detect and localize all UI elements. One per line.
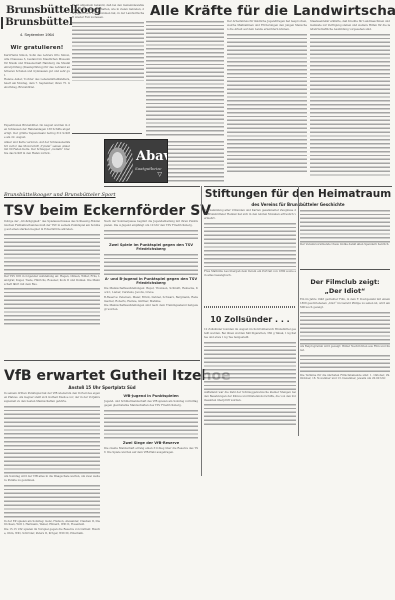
- divider: [300, 269, 390, 270]
- tsv-column-1: Infolge der „Großzügigkeit“ des Spielaus…: [4, 220, 100, 358]
- text-lines: [310, 33, 390, 178]
- tsv-column-2: Nach der Sommerpause beginnt die Jugenda…: [104, 220, 198, 358]
- land-column-4: Staatssekretär erklärte, daß Kredite für…: [310, 20, 390, 185]
- vfb-headline: VfB erwartet Gutheil Itzehoe: [4, 368, 200, 384]
- text-lines: [300, 354, 390, 374]
- land-headline: Alle Kräfte für die Landwirtschaft: [150, 3, 395, 19]
- filmclub-film-title: „Der Idiot“: [300, 287, 390, 295]
- vfb-column-1: In seinem dritten Punktspiel hat der VfB…: [4, 392, 100, 597]
- land-paragraph: Der Arbeitskreis für ländliche Jugendfra…: [227, 20, 307, 32]
- filmclub-paragraph: Als Beiprogramm wird gezeigt: Bilder Nac…: [300, 345, 390, 353]
- vfb-subhead: Zwei Siege der VfB-Reserve: [104, 441, 198, 445]
- text-lines: [204, 341, 296, 391]
- vfb-paragraph: In seinem dritten Punktspiel hat der VfB…: [4, 392, 100, 404]
- masthead-town-1: Brunsbüttelkoog: [6, 4, 68, 16]
- filmclub-paragraph: Ein im Jahre 1946 gedrehter Film, in dem…: [300, 298, 390, 310]
- heimatraum-paragraph: Frau Mathilde Lau übergab dem Verein ein…: [204, 270, 296, 278]
- vfb-paragraph: In der Elf spielen am Sonntag: Genz, Hud…: [4, 520, 100, 528]
- heimatraum-column-1: Die Sammlung alter Urkunden und Karten g…: [204, 209, 296, 297]
- tsv-paragraph: Infolge der „Großzügigkeit“ des Spielaus…: [4, 220, 100, 232]
- text-lines: [300, 311, 390, 345]
- heimatraum-column-2: Der Vereinsvorsitzende Claus Lüdke dankt…: [300, 209, 390, 265]
- zoll-headline: 10 Zollsünder . . .: [204, 315, 296, 324]
- text-lines: [204, 222, 296, 270]
- text-lines: [104, 229, 198, 241]
- land-column-3: Der Arbeitskreis für ländliche Jugendfra…: [227, 20, 307, 185]
- text-lines: [146, 20, 224, 138]
- filmclub-column: Ein im Jahre 1946 gedrehter Film, in dem…: [300, 298, 390, 430]
- congrats-title: Wir gratulieren!: [6, 45, 68, 51]
- abavit-ad[interactable]: Abavit Saatgutbeize ▽: [104, 139, 168, 183]
- vfb-subhead: VfB-Jugend in Punktspielen: [104, 394, 198, 398]
- column-rule: [201, 186, 202, 476]
- tsv-paragraph: Der TSV tritt in folgender Aufstellung a…: [4, 275, 100, 287]
- tsv-paragraph: Die Mannschaftsaufstellungen sind nach d…: [104, 304, 198, 312]
- vfb-paragraph: Die 15.15 Uhr spielen im Vorspiel gegen …: [4, 528, 100, 536]
- tsv-paragraph: B-Reserve: Petersen, Maier, Brück, Dehne…: [104, 296, 198, 304]
- expedition-paragraph: Expeditionen Brunsbüttel. Im August wurd…: [4, 124, 70, 140]
- divider: [72, 133, 142, 134]
- text-lines: [4, 405, 100, 475]
- tsv-subhead: A- und B-Jugend in Punktspiel gegen den …: [104, 277, 198, 285]
- expedition-paragraph: Anker und Kette verloren. Auf der Schleu…: [4, 141, 70, 157]
- text-lines: [4, 287, 100, 327]
- vfb-paragraph: Jugend- und Schülermannschaft des VfB sp…: [104, 400, 198, 408]
- tsv-subhead: Zwei Spiele im Punktspiel gegen den TSV …: [104, 243, 198, 251]
- land-column-2: [146, 20, 224, 138]
- text-lines: [4, 233, 100, 275]
- feather-logo-icon: [107, 142, 133, 182]
- sport-kicker: Brunsbüttelkooger und Brunsbütteler Spor…: [4, 192, 116, 198]
- text-lines: [300, 209, 390, 243]
- ad-mark-icon: ▽: [157, 171, 162, 178]
- land-paragraph: Es ist allgemein bekannt, daß bei den Ge…: [72, 4, 144, 20]
- heimatraum-paragraph: Die Sammlung alter Urkunden und Karten g…: [204, 209, 296, 221]
- divider: [4, 360, 200, 361]
- tsv-headline: TSV beim Eckernförder SV: [4, 203, 200, 219]
- vfb-paragraph: Die zweite Mannschaft errang einen 3:0-S…: [104, 447, 198, 455]
- text-lines: [4, 484, 100, 520]
- congrats-article: Karl-Heinz Simon, Sohn des Lehrers Otto …: [4, 54, 70, 124]
- column-rule: [298, 186, 299, 436]
- town-crest-icon: [1, 17, 3, 29]
- zoll-paragraph: Auffallend war die Zahl der Schmuggelver…: [204, 391, 296, 403]
- zoll-column: 10 Zollsünder konnten im August im Kontr…: [204, 328, 296, 473]
- congrats-paragraph: Helene Asher, Tochter des Lebensmittelhä…: [4, 78, 70, 90]
- vfb-subtitle: Anstoß 15 Uhr Sportplatz Süd: [4, 385, 200, 390]
- vfb-paragraph: Am Sonntag wird der VfB alles in die Waa…: [4, 475, 100, 483]
- text-lines: [204, 403, 296, 427]
- vfb-column-2: VfB-Jugend in Punktspielen Jugend- und S…: [104, 392, 198, 492]
- zoll-paragraph: 10 Zollsünder konnten im August im Kontr…: [204, 328, 296, 340]
- text-lines: [72, 21, 144, 81]
- tsv-paragraph: Die Mannschaftsaufstellungen: Bayer, Tho…: [104, 287, 198, 295]
- filmclub-headline: Der Filmclub zeigt:: [300, 278, 390, 286]
- issue-date: 4. September 1964: [6, 32, 68, 37]
- land-paragraph: Staatssekretär erklärte, daß Kredite für…: [310, 20, 390, 32]
- expedition-article: Expeditionen Brunsbüttel. Im August wurd…: [4, 124, 70, 174]
- divider: [104, 186, 200, 187]
- tsv-paragraph: Nach der Sommerpause beginnt die Jugenda…: [104, 220, 198, 228]
- filmclub-paragraph: Die Termine für die nächsten Filmclubabe…: [300, 374, 390, 382]
- text-lines: [104, 409, 198, 439]
- masthead: Brunsbüttelkoog Brunsbüttel 4. September…: [6, 4, 68, 37]
- land-column-1: Es ist allgemein bekannt, daß bei den Ge…: [72, 4, 144, 130]
- ad-brand: Abavit: [136, 149, 168, 164]
- divider: [204, 306, 296, 308]
- heimatraum-paragraph: Der Vereinsvorsitzende Claus Lüdke dankt…: [300, 243, 390, 247]
- text-lines: [104, 253, 198, 275]
- text-lines: [227, 33, 307, 173]
- congrats-paragraph: Karl-Heinz Simon, Sohn des Lehrers Otto …: [4, 54, 70, 77]
- masthead-town-2: Brunsbüttel: [5, 17, 73, 29]
